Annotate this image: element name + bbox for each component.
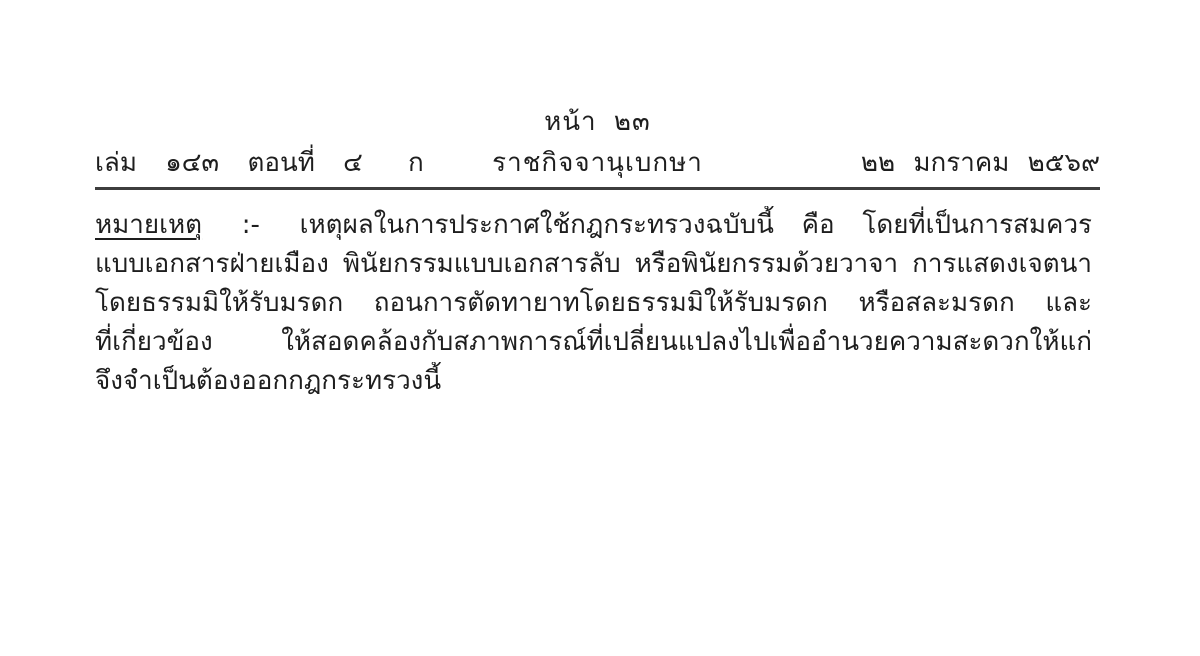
gazette-title: ราชกิจจานุเบกษา bbox=[492, 144, 703, 182]
page-number: หน้า ๒๓ bbox=[95, 103, 1100, 141]
note-line: จึงจำเป็นต้องออกกฎกระทรวงนี้ bbox=[95, 362, 1092, 401]
note-separator: :- bbox=[242, 210, 260, 240]
volume-part-group: เล่ม ๑๔๓ ตอนที่ ๔ bbox=[95, 144, 383, 182]
header-rule-divider bbox=[95, 187, 1100, 190]
note-paragraph: หมายเหตุ :- เหตุผลในการประกาศใช้กฎกระทรว… bbox=[95, 206, 1092, 401]
note-line: ที่เกี่ยวข้อง ให้สอดคล้องกับสภาพการณ์ที่… bbox=[95, 323, 1092, 362]
volume-label: เล่ม bbox=[95, 148, 137, 178]
section-mark: ก bbox=[408, 144, 424, 182]
note-line: โดยธรรมมิให้รับมรดก ถอนการตัดทายาทโดยธรร… bbox=[95, 284, 1092, 323]
note-line: แบบเอกสารฝ่ายเมือง พินัยกรรมแบบเอกสารลับ… bbox=[95, 245, 1092, 284]
gazette-masthead: เล่ม ๑๔๓ ตอนที่ ๔ ก ราชกิจจานุเบกษา ๒๒ ม… bbox=[95, 144, 1100, 182]
part-label: ตอนที่ bbox=[247, 148, 314, 178]
note-label: หมายเหตุ bbox=[95, 210, 202, 240]
gazette-page: หน้า ๒๓ เล่ม ๑๔๓ ตอนที่ ๔ ก ราชกิจจานุเบ… bbox=[0, 0, 1200, 656]
part-value: ๔ bbox=[343, 148, 363, 178]
volume-value: ๑๔๓ bbox=[165, 148, 219, 178]
gazette-date: ๒๒ มกราคม ๒๕๖๙ bbox=[861, 144, 1100, 182]
note-line: หมายเหตุ :- เหตุผลในการประกาศใช้กฎกระทรว… bbox=[95, 206, 1092, 245]
